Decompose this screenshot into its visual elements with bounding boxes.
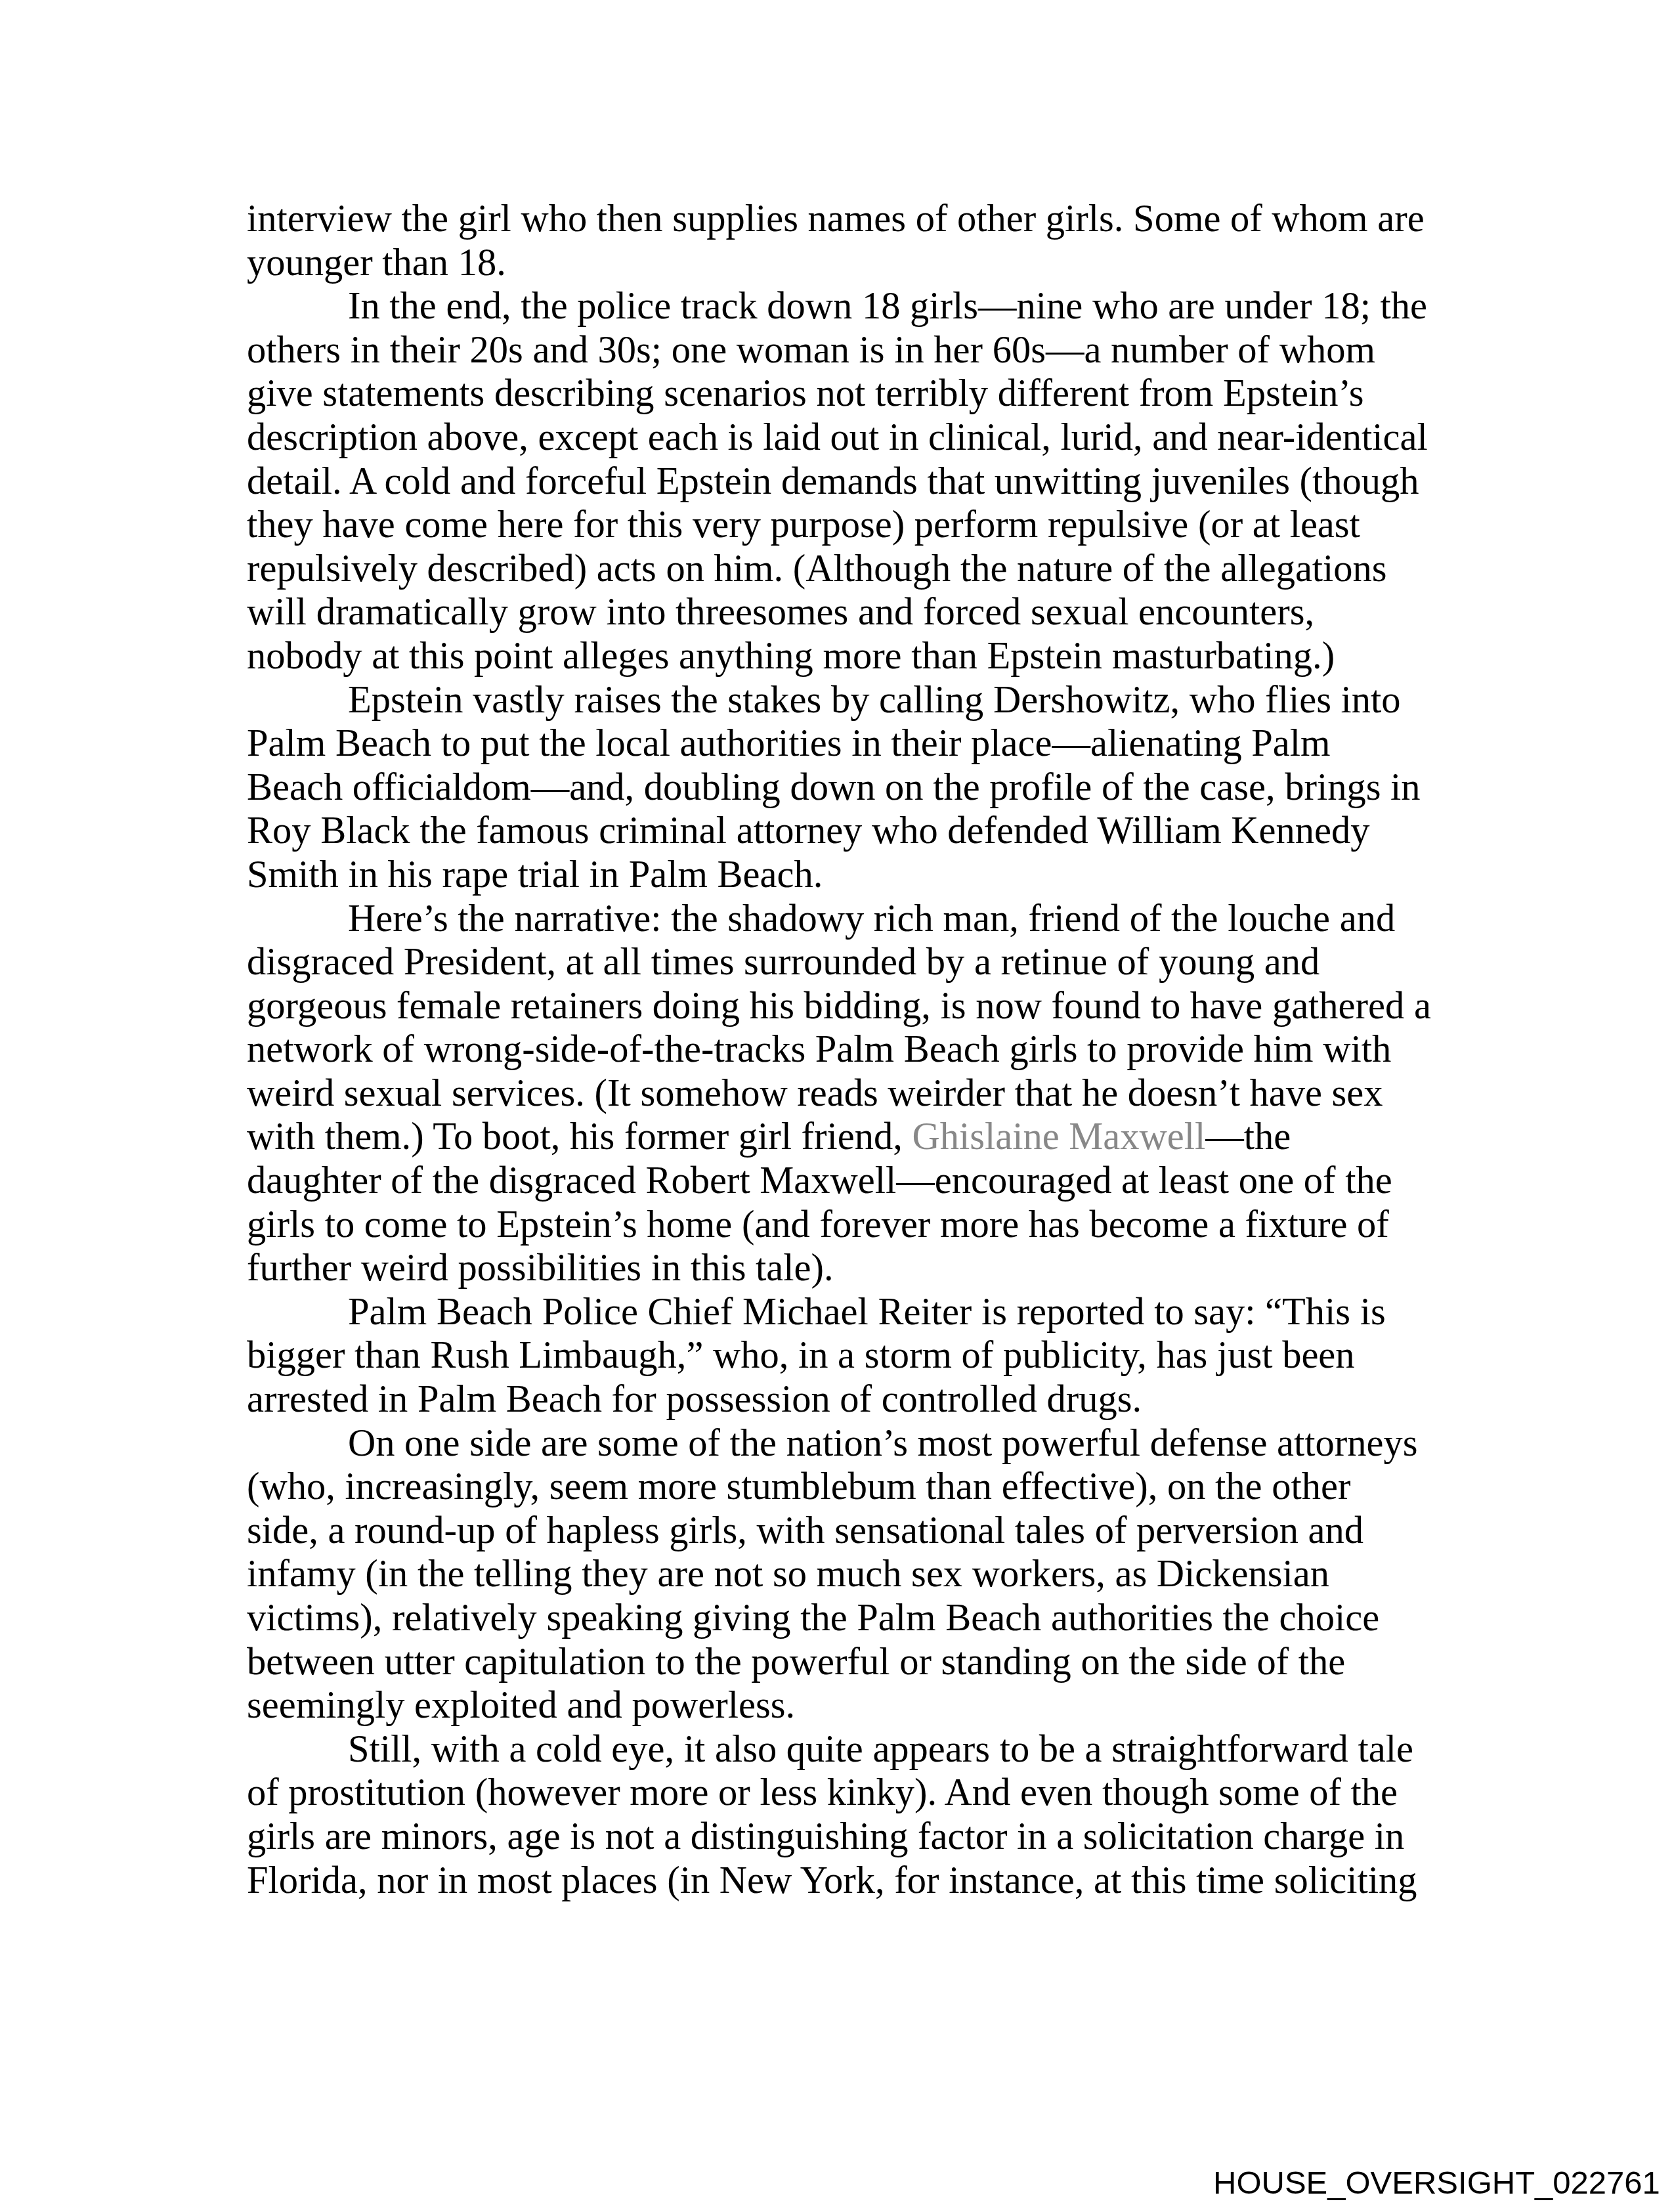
text-line: arrested in Palm Beach for possession of…	[247, 1377, 1448, 1421]
text-segment: —the	[1205, 1115, 1291, 1158]
text-line: will dramatically grow into threesomes a…	[247, 590, 1448, 634]
text-line: Epstein vastly raises the stakes by call…	[247, 678, 1448, 722]
text-line: infamy (in the telling they are not so m…	[247, 1552, 1448, 1596]
text-line: repulsively described) acts on him. (Alt…	[247, 547, 1448, 591]
text-line: with them.) To boot, his former girl fri…	[247, 1115, 1448, 1159]
text-line: nobody at this point alleges anything mo…	[247, 634, 1448, 678]
paragraph: Palm Beach Police Chief Michael Reiter i…	[247, 1290, 1448, 1421]
text-line: disgraced President, at all times surrou…	[247, 940, 1448, 984]
text-line: others in their 20s and 30s; one woman i…	[247, 328, 1448, 372]
text-line: network of wrong-side-of-the-tracks Palm…	[247, 1028, 1448, 1072]
text-line: girls to come to Epstein’s home (and for…	[247, 1203, 1448, 1247]
text-segment: with them.) To boot, his former girl fri…	[247, 1115, 912, 1158]
text-line: seemingly exploited and powerless.	[247, 1683, 1448, 1727]
paragraph: Here’s the narrative: the shadowy rich m…	[247, 897, 1448, 1290]
paragraph: On one side are some of the nation’s mos…	[247, 1421, 1448, 1727]
text-line: bigger than Rush Limbaugh,” who, in a st…	[247, 1334, 1448, 1377]
text-line: further weird possibilities in this tale…	[247, 1246, 1448, 1290]
text-line: weird sexual services. (It somehow reads…	[247, 1072, 1448, 1116]
text-line: detail. A cold and forceful Epstein dema…	[247, 460, 1448, 504]
text-line: victims), relatively speaking giving the…	[247, 1596, 1448, 1640]
text-line: Still, with a cold eye, it also quite ap…	[247, 1727, 1448, 1771]
bates-number-footer: HOUSE_OVERSIGHT_022761	[1213, 2165, 1660, 2201]
text-line: Palm Beach Police Chief Michael Reiter i…	[247, 1290, 1448, 1334]
text-line: give statements describing scenarios not…	[247, 372, 1448, 416]
paragraph: Still, with a cold eye, it also quite ap…	[247, 1727, 1448, 1902]
text-line: side, a round-up of hapless girls, with …	[247, 1509, 1448, 1553]
text-line: girls are minors, age is not a distingui…	[247, 1815, 1448, 1859]
text-line: Smith in his rape trial in Palm Beach.	[247, 853, 1448, 897]
text-line: Roy Black the famous criminal attorney w…	[247, 809, 1448, 853]
text-line: daughter of the disgraced Robert Maxwell…	[247, 1159, 1448, 1203]
body-text: interview the girl who then supplies nam…	[247, 197, 1448, 1902]
text-line: Beach officialdom—and, doubling down on …	[247, 766, 1448, 810]
text-line: Here’s the narrative: the shadowy rich m…	[247, 897, 1448, 941]
text-line: In the end, the police track down 18 gir…	[247, 284, 1448, 328]
text-line: interview the girl who then supplies nam…	[247, 197, 1448, 241]
text-line: of prostitution (however more or less ki…	[247, 1771, 1448, 1815]
text-line: description above, except each is laid o…	[247, 416, 1448, 460]
text-line: Palm Beach to put the local authorities …	[247, 722, 1448, 766]
text-line: (who, increasingly, seem more stumblebum…	[247, 1465, 1448, 1509]
text-line: On one side are some of the nation’s mos…	[247, 1421, 1448, 1465]
paragraph: In the end, the police track down 18 gir…	[247, 284, 1448, 678]
paragraph: Epstein vastly raises the stakes by call…	[247, 678, 1448, 897]
highlighted-name-link[interactable]: Ghislaine Maxwell	[912, 1115, 1206, 1158]
text-line: younger than 18.	[247, 241, 1448, 285]
document-page: interview the girl who then supplies nam…	[0, 0, 1674, 2212]
text-line: Florida, nor in most places (in New York…	[247, 1859, 1448, 1903]
paragraph: interview the girl who then supplies nam…	[247, 197, 1448, 284]
text-line: between utter capitulation to the powerf…	[247, 1640, 1448, 1684]
text-line: gorgeous female retainers doing his bidd…	[247, 984, 1448, 1028]
text-line: they have come here for this very purpos…	[247, 503, 1448, 547]
